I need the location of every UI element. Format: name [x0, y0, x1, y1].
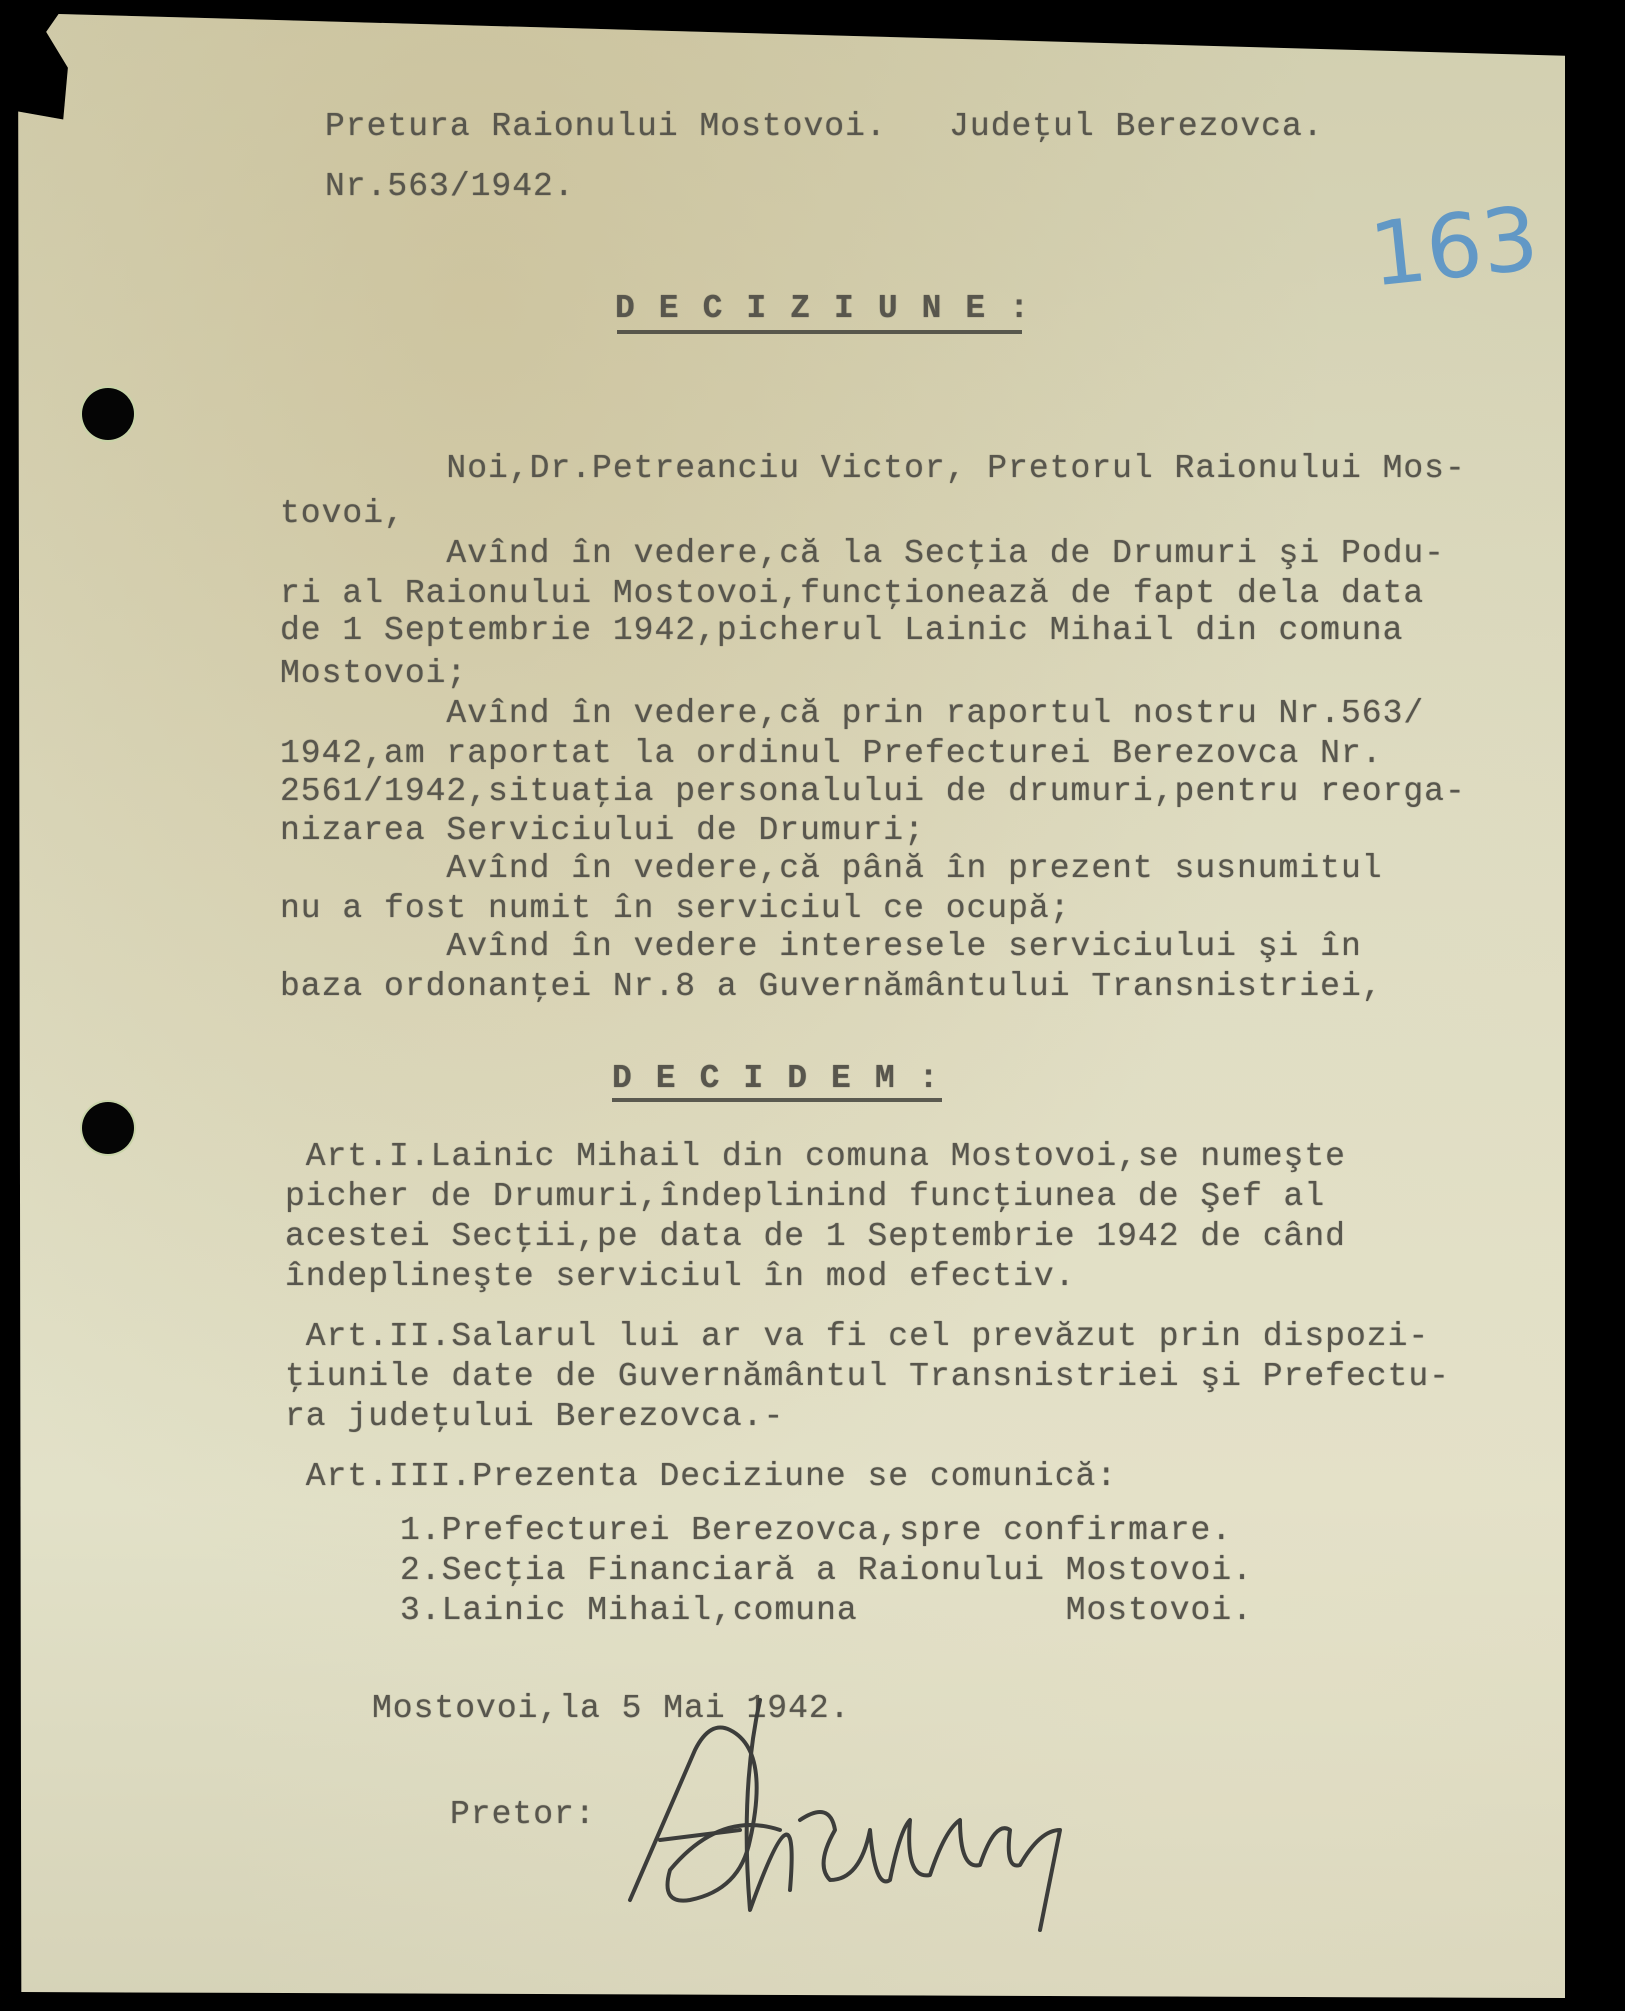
document-title: DECIZIUNE:: [615, 290, 1053, 327]
preamble-line: Avînd în vedere,că la Secţia de Drumuri …: [280, 535, 1445, 572]
preamble-line: Avînd în vedere interesele serviciului ş…: [280, 928, 1362, 965]
article-line: Art.III.Prezenta Deciziune se comunică:: [285, 1458, 1117, 1495]
header-institution: Pretura Raionului Mostovoi. Judeţul Bere…: [325, 108, 1324, 145]
article-line: picher de Drumuri,îndeplinind funcţiunea…: [285, 1178, 1325, 1215]
title-underline: [617, 330, 1022, 334]
decision-underline: [612, 1098, 942, 1102]
punch-hole-bottom: [82, 1102, 134, 1154]
signature-handwritten: [600, 1690, 1240, 1940]
preamble-line: Avînd în vedere,că până în prezent susnu…: [280, 850, 1383, 887]
preamble-line: de 1 Septembrie 1942,picherul Lainic Mih…: [280, 612, 1403, 649]
recipient-item: 1.Prefecturei Berezovca,spre confirmare.: [400, 1512, 1232, 1549]
article-line: ţiunile date de Guvernământul Transnistr…: [285, 1358, 1450, 1395]
preamble-line: nizarea Serviciului de Drumuri;: [280, 812, 925, 849]
article-line: Art.II.Salarul lui ar va fi cel prevăzut…: [285, 1318, 1429, 1355]
header-number: Nr.563/1942.: [325, 168, 575, 205]
preamble-line: Mostovoi;: [280, 655, 467, 692]
recipient-item: 3.Lainic Mihail,comuna Mostovoi.: [400, 1592, 1253, 1629]
archive-folio-number: 163: [1365, 187, 1543, 307]
preamble-line: nu a fost numit în serviciul ce ocupă;: [280, 890, 1071, 927]
preamble-line: tovoi,: [280, 495, 405, 532]
signature-label: Pretor:: [450, 1796, 596, 1833]
article-line: îndeplineşte serviciul în mod efectiv.: [285, 1258, 1076, 1295]
preamble-line: baza ordonanţei Nr.8 a Guvernământului T…: [280, 968, 1383, 1005]
recipient-item: 2.Secţia Financiară a Raionului Mostovoi…: [400, 1552, 1253, 1589]
punch-hole-top: [82, 388, 134, 440]
article-line: ra judeţului Berezovca.-: [285, 1398, 784, 1435]
article-line: acestei Secţii,pe data de 1 Septembrie 1…: [285, 1218, 1346, 1255]
preamble-line: 1942,am raportat la ordinul Prefecturei …: [280, 735, 1383, 772]
preamble-line: ri al Raionului Mostovoi,funcţionează de…: [280, 575, 1424, 612]
preamble-line: 2561/1942,situaţia personalului de drumu…: [280, 773, 1466, 810]
preamble-line: Noi,Dr.Petreanciu Victor, Pretorul Raion…: [280, 450, 1466, 487]
article-line: Art.I.Lainic Mihail din comuna Mostovoi,…: [285, 1138, 1346, 1175]
decision-title: DECIDEM:: [612, 1060, 962, 1097]
preamble-line: Avînd în vedere,că prin raportul nostru …: [280, 695, 1424, 732]
